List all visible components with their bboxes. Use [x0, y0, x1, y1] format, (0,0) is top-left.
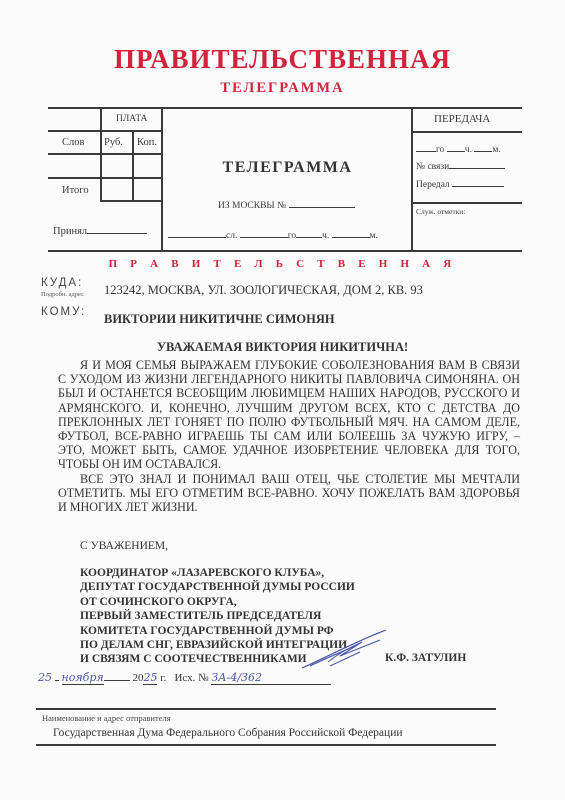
payment-words-label: Слов [62, 137, 84, 148]
day-handwritten: 25 [38, 671, 52, 684]
whom-label: КОМУ: [41, 306, 86, 318]
closing-regards: С УВАЖЕНИЕМ, [80, 540, 168, 552]
title-line: ДЕПУТАТ ГОСУДАРСТВЕННОЙ ДУМЫ РОССИИ [80, 580, 355, 594]
delivery-address: 123242, МОСКВА, УЛ. ЗООЛОГИЧЕСКАЯ, ДОМ 2… [104, 283, 423, 298]
accepted-label: Принял [53, 226, 87, 237]
transmission-day-label: го [436, 145, 444, 155]
recipient-name: ВИКТОРИИ НИКИТИЧНЕ СИМОНЯН [104, 312, 335, 327]
telegram-category: П Р А В И Т Е Л Ь С Т В Е Н Н А Я [0, 258, 565, 270]
title-line: КООРДИНАТОР «ЛАЗАРЕВСКОГО КЛУБА», [80, 566, 355, 580]
from-moscow-label: ИЗ МОСКВЫ № [218, 201, 286, 211]
signer-name: К.Ф. ЗАТУЛИН [385, 652, 466, 664]
hour-label: ч. [322, 231, 329, 241]
sent-by-field: Передал [416, 176, 504, 190]
letter-body: Я И МОЯ СЕМЬЯ ВЫРАЖАЕМ ГЛУБОКИЕ СОБОЛЕЗН… [58, 358, 520, 514]
transmission-minute-label: м. [492, 145, 500, 155]
payment-kop-label: Коп. [137, 137, 157, 148]
payment-header: ПЛАТА [116, 114, 148, 124]
form-center-title: ТЕЛЕГРАММА [165, 159, 410, 177]
link-number-field: № связи [416, 158, 505, 172]
title-line: ОТ СОЧИНСКОГО ОКРУГА, [80, 595, 355, 609]
sent-by-label: Передал [416, 180, 450, 190]
service-notes-label: Служ. отметки: [416, 207, 465, 216]
accepted-field: Принял [53, 223, 147, 237]
payment-rub-label: Руб. [104, 137, 123, 148]
paragraph: ВСЕ ЭТО ЗНАЛ И ПОНИМАЛ ВАШ ОТЕЦ, ЧЬЕ СТО… [58, 472, 520, 515]
greeting: УВАЖАЕМАЯ ВИКТОРИЯ НИКИТИЧНА! [0, 340, 565, 355]
words-label: сл. [226, 231, 237, 241]
document-subtitle: ТЕЛЕГРАММА [0, 80, 565, 97]
sender-label: Наименование и адрес отправителя [42, 713, 171, 723]
handwritten-signature [300, 622, 390, 672]
transmission-time-field: го ч. м. [416, 141, 501, 155]
detailed-address-label: Подробн. адрес [41, 291, 84, 298]
from-moscow-field: ИЗ МОСКВЫ № [218, 197, 355, 211]
to-label: КУДА: [41, 277, 83, 289]
paragraph: Я И МОЯ СЕМЬЯ ВЫРАЖАЕМ ГЛУБОКИЕ СОБОЛЕЗН… [58, 358, 520, 472]
minute-label: м. [370, 231, 378, 241]
link-number-label: № связи [416, 162, 449, 172]
outgoing-number: ЗА-4/362 [211, 671, 331, 685]
day-label: го [288, 231, 296, 241]
sender-name: Государственная Дума Федерального Собран… [53, 727, 403, 739]
year-label: г. [160, 672, 166, 684]
receipt-time-field: сл. гоч. м. [168, 227, 378, 241]
outgoing-label: Исх. № [174, 672, 208, 684]
transmission-header: ПЕРЕДАЧА [434, 113, 490, 125]
transmission-hour-label: ч. [465, 145, 472, 155]
date-line: 25 ноября 2025 г. Исх. № ЗА-4/362 [38, 670, 331, 685]
document-title: ПРАВИТЕЛЬСТВЕННАЯ [0, 44, 565, 75]
year-prefix: 20 [132, 672, 143, 684]
payment-total-label: Итого [62, 185, 89, 196]
month-handwritten: ноября [62, 671, 104, 685]
year-handwritten: 25 [143, 671, 157, 685]
